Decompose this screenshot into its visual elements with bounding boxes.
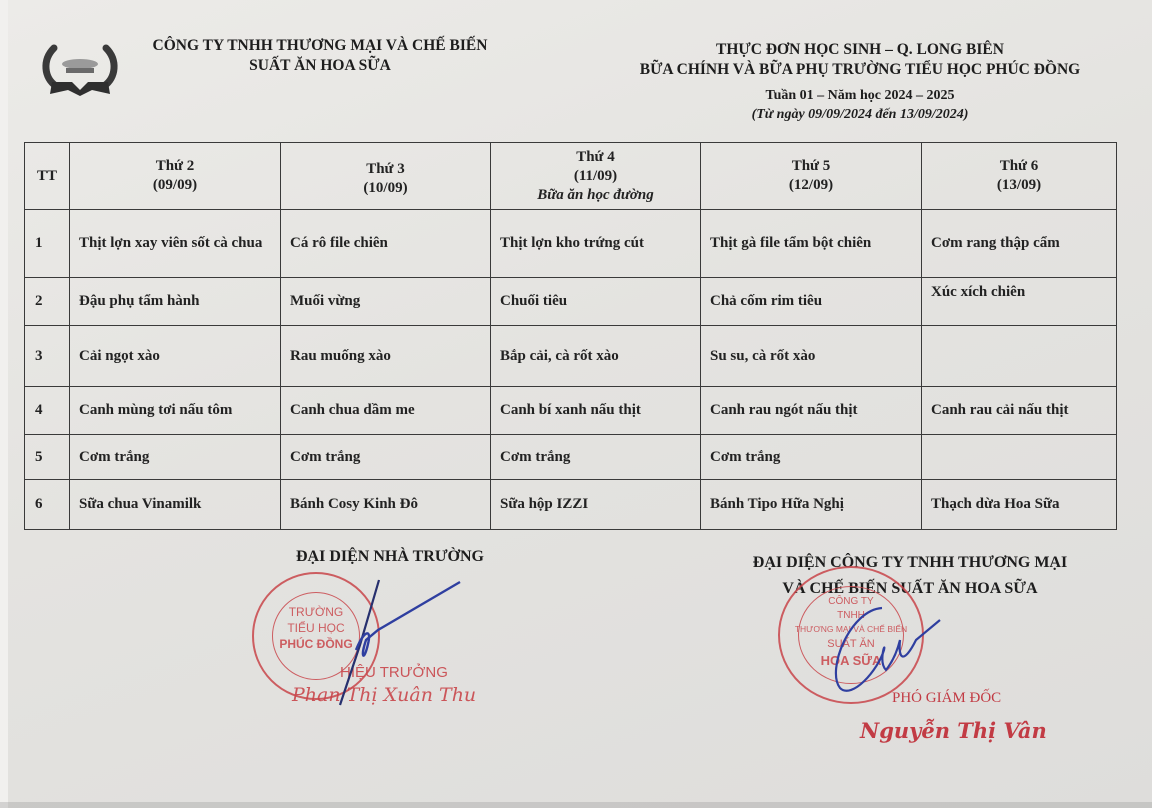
menu-cell: Cải ngọt xào [70,326,281,387]
column-header-index: TT [25,143,70,210]
company-signer-name: Nguyễn Thị Vân [860,718,1047,743]
school-signature-icon [330,570,470,710]
menu-table: TT Thứ 2(09/09) Thứ 3(10/09) Thứ 4(11/09… [24,142,1117,530]
laurel-wreath-logo-icon [40,38,120,100]
menu-cell: Bắp cải, cà rốt xào [491,326,701,387]
row-index: 2 [25,278,70,326]
table-row: 5 Cơm trắng Cơm trắng Cơm trắng Cơm trắn… [25,435,1117,480]
row-index: 1 [25,210,70,278]
row-index: 6 [25,480,70,530]
menu-cell: Đậu phụ tẩm hành [70,278,281,326]
column-header-day: Thứ 5(12/09) [701,143,922,210]
menu-cell: Thịt lợn kho trứng cút [491,210,701,278]
menu-cell: Su su, cà rốt xào [701,326,922,387]
menu-cell: Canh mùng tơi nấu tôm [70,387,281,435]
menu-cell: Chuối tiêu [491,278,701,326]
table-row: 2 Đậu phụ tẩm hành Muối vừng Chuối tiêu … [25,278,1117,326]
menu-cell: Sữa hộp IZZI [491,480,701,530]
company-signer-role: PHÓ GIÁM ĐỐC [892,690,1001,707]
paper-edge [0,0,8,808]
day-date: (09/09) [74,176,276,195]
menu-cell: Cơm trắng [701,435,922,480]
day-date: (12/09) [705,176,917,195]
menu-cell: Cơm trắng [70,435,281,480]
week-label: Tuần 01 – Năm học 2024 – 2025 [600,86,1120,106]
company-signature-icon [820,600,950,700]
row-index: 3 [25,326,70,387]
company-name-line2: SUẤT ĂN HOA SỮA [120,56,520,76]
table-row: 1 Thịt lợn xay viên sốt cà chua Cá rô fi… [25,210,1117,278]
company-name-line1: CÔNG TY TNHH THƯƠNG MẠI VÀ CHẾ BIẾN [120,36,520,56]
menu-cell: Cơm trắng [491,435,701,480]
school-representative-title: ĐẠI DIỆN NHÀ TRƯỜNG [240,548,540,566]
row-index: 5 [25,435,70,480]
day-label: Thứ 2 [74,157,276,176]
column-header-day: Thứ 6(13/09) [922,143,1117,210]
menu-cell: Canh rau ngót nấu thịt [701,387,922,435]
day-label: Thứ 5 [705,157,917,176]
table-row: 6 Sữa chua Vinamilk Bánh Cosy Kinh Đô Sữ… [25,480,1117,530]
table-header-row: TT Thứ 2(09/09) Thứ 3(10/09) Thứ 4(11/09… [25,143,1117,210]
menu-cell: Canh bí xanh nấu thịt [491,387,701,435]
menu-cell [922,326,1117,387]
menu-cell: Canh chua dầm me [281,387,491,435]
column-header-day: Thứ 3(10/09) [281,143,491,210]
menu-cell: Cơm trắng [281,435,491,480]
menu-title: THỰC ĐƠN HỌC SINH – Q. LONG BIÊN [600,40,1120,60]
menu-cell: Canh rau cải nấu thịt [922,387,1117,435]
column-header-day: Thứ 2(09/09) [70,143,281,210]
menu-cell: Bánh Cosy Kinh Đô [281,480,491,530]
date-range: (Từ ngày 09/09/2024 đến 13/09/2024) [600,106,1120,124]
menu-cell: Sữa chua Vinamilk [70,480,281,530]
company-header: CÔNG TY TNHH THƯƠNG MẠI VÀ CHẾ BIẾN SUẤT… [120,36,520,76]
day-date: (11/09) [495,167,696,186]
menu-cell: Rau muống xào [281,326,491,387]
menu-cell: Muối vừng [281,278,491,326]
day-label: Thứ 3 [285,160,486,179]
column-header-day: Thứ 4(11/09)Bữa ăn học đường [491,143,701,210]
menu-cell: Chả cốm rim tiêu [701,278,922,326]
table-row: 4 Canh mùng tơi nấu tôm Canh chua dầm me… [25,387,1117,435]
menu-cell: Thịt lợn xay viên sốt cà chua [70,210,281,278]
menu-cell: Thạch dừa Hoa Sữa [922,480,1117,530]
menu-header: THỰC ĐƠN HỌC SINH – Q. LONG BIÊN BỮA CHÍ… [600,40,1120,124]
menu-subtitle: BỮA CHÍNH VÀ BỮA PHỤ TRƯỜNG TIỂU HỌC PHÚ… [600,60,1120,80]
menu-cell: Bánh Tipo Hữa Nghị [701,480,922,530]
menu-cell: Cá rô file chiên [281,210,491,278]
day-note: Bữa ăn học đường [495,186,696,205]
table-row: 3 Cải ngọt xào Rau muống xào Bắp cải, cà… [25,326,1117,387]
day-label: Thứ 6 [926,157,1112,176]
day-label: Thứ 4 [495,148,696,167]
day-date: (13/09) [926,176,1112,195]
menu-cell [922,435,1117,480]
menu-cell: Xúc xích chiên [922,278,1117,326]
row-index: 4 [25,387,70,435]
paper-bottom-shadow [0,802,1152,808]
menu-cell: Cơm rang thập cẩm [922,210,1117,278]
company-representative-line1: ĐẠI DIỆN CÔNG TY TNHH THƯƠNG MẠI [700,550,1120,576]
menu-cell: Thịt gà file tẩm bột chiên [701,210,922,278]
day-date: (10/09) [285,179,486,198]
